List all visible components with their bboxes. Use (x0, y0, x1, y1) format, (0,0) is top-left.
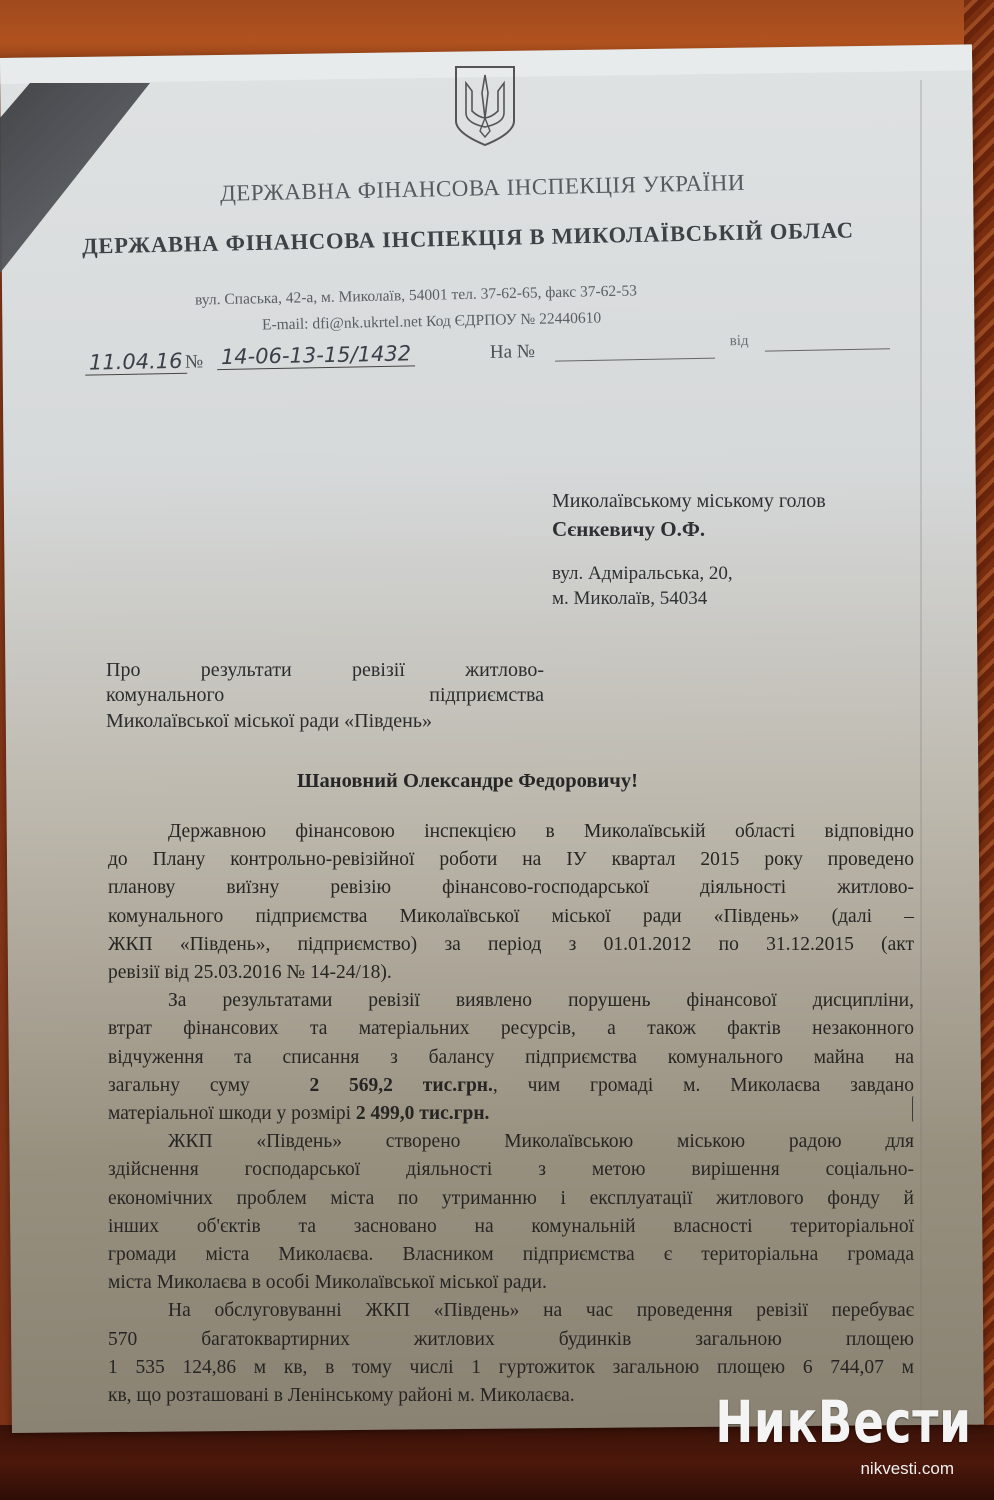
from-label: від (730, 333, 749, 350)
recipient-street: вул. Адміральська, 20, (552, 561, 826, 586)
body-line: 570 багатоквартирних житлових будинків з… (108, 1326, 914, 1354)
body-line: до Плану контрольно-ревізійної роботи на… (108, 846, 914, 874)
recipient-name: Сєнкевичу О.Ф. (552, 516, 826, 543)
watermark-brand: НикВести (716, 1388, 972, 1456)
body-line: 1 535 124,86 м кв, в тому числі 1 гуртож… (108, 1354, 914, 1382)
body-line: інших об'єктів та засновано на комунальн… (108, 1213, 914, 1241)
subject-line: Про результати ревізії житлово- (106, 658, 544, 683)
outgoing-number: 14-06-13-15/1432 (217, 341, 416, 370)
letter-subject: Про результати ревізії житлово- комуналь… (106, 658, 544, 734)
body-line: громади міста Миколаєва. Власником підпр… (108, 1241, 914, 1269)
body-line: міста Миколаєва в особі Миколаївської мі… (108, 1269, 914, 1297)
subject-line: Миколаївської міської ради «Південь» (106, 709, 544, 734)
watermark-url: nikvesti.com (860, 1459, 954, 1479)
letter-body: Державною фінансовою інспекцією в Микола… (108, 818, 914, 1410)
body-line: втрат фінансових та матеріальних ресурсі… (108, 1015, 914, 1043)
paragraph-2: За результатами ревізії виявлено порушен… (108, 987, 914, 1128)
recipient-block: Миколаївському міському голов Сєнкевичу … (552, 488, 826, 611)
outgoing-date: 11.04.16 (85, 349, 187, 376)
damage-prefix: матеріальної шкоди у розмірі (108, 1103, 351, 1124)
body-line: комунального підприємства Миколаївської … (108, 903, 914, 931)
damage-amount: 2 499,0 тис.грн. (356, 1103, 490, 1124)
paper-fold-line (920, 80, 922, 1420)
ukraine-trident-coat-of-arms-icon (452, 63, 518, 149)
body-line: загальну суму 2 569,2 тис.грн., чим гром… (108, 1072, 914, 1100)
body-line: планову виїзну ревізію фінансово-господа… (108, 874, 914, 902)
body-line: Державною фінансовою інспекцією в Микола… (108, 818, 914, 846)
subject-line: комунального підприємства (106, 683, 544, 708)
recipient-city: м. Миколаїв, 54034 (552, 586, 826, 611)
body-line: економічних проблем міста по утриманню і… (108, 1185, 914, 1213)
number-label: № (185, 351, 204, 373)
paragraph-1: Державною фінансовою інспекцією в Микола… (108, 818, 914, 987)
body-line: За результатами ревізії виявлено порушен… (108, 987, 914, 1015)
body-line: здійснення господарської діяльності з ме… (108, 1156, 914, 1184)
total-amount: 2 569,2 тис.грн. (309, 1075, 492, 1096)
body-line: ЖКП «Південь» створено Миколаївською міс… (108, 1128, 914, 1156)
salutation: Шановний Олександре Федоровичу! (297, 770, 638, 793)
body-line: ревізії від 25.03.2016 № 14-24/18). (108, 959, 914, 987)
body-line: На обслуговуванні ЖКП «Південь» на час п… (108, 1297, 914, 1325)
amount-prefix: загальну суму (108, 1075, 250, 1096)
body-line: ЖКП «Південь», підприємство) за період з… (108, 931, 914, 959)
reply-to-label: На № (490, 341, 535, 364)
from-blank (765, 348, 890, 351)
paragraph-3: ЖКП «Південь» створено Миколаївською міс… (108, 1128, 914, 1297)
amount-suffix: , чим громаді м. Миколаєва завдано (493, 1075, 914, 1096)
body-line: відчуження та списання з балансу підприє… (108, 1044, 914, 1072)
recipient-position: Миколаївському міському голов (552, 488, 826, 514)
reply-to-blank (555, 358, 715, 362)
body-line: матеріальної шкоди у розмірі 2 499,0 тис… (108, 1100, 914, 1128)
nikvesti-watermark: НикВести nikvesti.com (722, 1388, 984, 1488)
handwritten-margin-mark (912, 1096, 916, 1122)
recipient-address: вул. Адміральська, 20, м. Миколаїв, 5403… (552, 561, 826, 611)
